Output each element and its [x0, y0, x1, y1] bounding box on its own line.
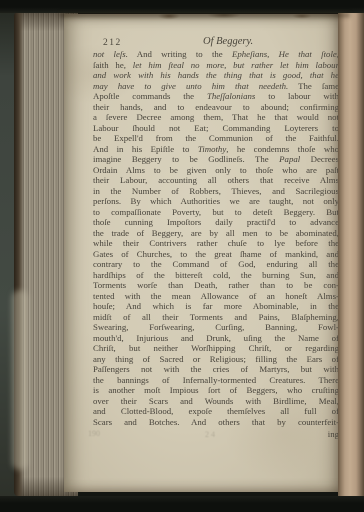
- text-line: thoſe cunning Impoſtors daily practiſ'd …: [93, 217, 339, 228]
- text-line: Chriſt, but neither Worſhipping Chriſt, …: [93, 343, 339, 354]
- text-line: Torments worſe than Death, rather than t…: [93, 280, 339, 291]
- book-page: 212 Of Beggery. not leſs. And writing to…: [64, 14, 338, 492]
- show-through-mark: 190: [88, 429, 100, 438]
- page-number: 212: [103, 38, 122, 48]
- text-line: over their Scars and Wounds with Birdlim…: [93, 396, 339, 407]
- text-line: tented with the mean Allowance of an hon…: [93, 291, 339, 302]
- adjacent-page-edge: [338, 12, 364, 500]
- text-line: is another moſt Impious ſort of Beggers,…: [93, 385, 339, 396]
- catchword-row: ing: [93, 429, 339, 439]
- text-line: the trade of Beggery, are by all men to …: [93, 228, 339, 239]
- text-line: Labour ſhould not Eat; Commanding Loyter…: [93, 123, 339, 134]
- text-line: And in his Epiſtle to Timothy, he condem…: [93, 144, 339, 155]
- text-line: ſaith he, let him ſteal no more, but rat…: [93, 60, 339, 71]
- text-line: Gates of Churches, to the great ſhame of…: [93, 249, 339, 260]
- text-line: be Expell'd from the Communion of the Fa…: [93, 133, 339, 144]
- text-line: their Labour, accounting all others that…: [93, 175, 339, 186]
- text-line: Swearing, Forſwearing, Curſing, Banning,…: [93, 322, 339, 333]
- text-line: Paſſengers not with the cries of Martyrs…: [93, 364, 339, 375]
- text-line: contrary to the Command of God, enduring…: [93, 259, 339, 270]
- text-line: any thing of Sacred or Religious; fillin…: [93, 354, 339, 365]
- text-line: may have to give unto him that needeth. …: [93, 81, 339, 92]
- text-line: mouth'd, Injurious and Drunk, uſing the …: [93, 333, 339, 344]
- book-photograph: 212 Of Beggery. not leſs. And writing to…: [0, 0, 364, 512]
- text-line: to compaſſionate Poverty, but to deteſt …: [93, 207, 339, 218]
- text-line: and work with his hands the thing that i…: [93, 70, 339, 81]
- text-line: midſt of all their Torments and Pains, B…: [93, 312, 339, 323]
- text-line: and Clotted-Blood, expoſe themſelves all…: [93, 406, 339, 417]
- text-line: not leſs. And writing to the Epheſians, …: [93, 49, 339, 60]
- show-through-mark: 2 4: [205, 430, 215, 439]
- fore-edge-highlight: [12, 290, 28, 470]
- text-line: imagine Beggery to be Godlineſs. The Pap…: [93, 154, 339, 165]
- running-title: Of Beggery.: [203, 36, 253, 47]
- text-line: while their Contrivers rather chuſe to l…: [93, 238, 339, 249]
- text-line: Ordain Alms to be given only to thoſe wh…: [93, 165, 339, 176]
- text-line: their hands, and to endeavour to abound;…: [93, 102, 339, 113]
- photo-background-bottom: [0, 496, 364, 512]
- text-line: perſons. By which Authorities we are tau…: [93, 196, 339, 207]
- text-line: the bannings of Infernally-tormented Cre…: [93, 375, 339, 386]
- text-line: a ſevere Decree among them, That he that…: [93, 112, 339, 123]
- body-text: not leſs. And writing to the Epheſians, …: [93, 49, 339, 427]
- text-line: Scars and Botches. And others that by co…: [93, 417, 339, 428]
- text-line: houſe; And which is far more Abominable,…: [93, 301, 339, 312]
- text-line: in the Number of Robbers, Thieves, and S…: [93, 186, 339, 197]
- photo-background-top: [0, 0, 364, 13]
- text-line: hardſhips of the bittereſt cold, the bur…: [93, 270, 339, 281]
- text-line: Apoſtle commands the Theſſalonians to la…: [93, 91, 339, 102]
